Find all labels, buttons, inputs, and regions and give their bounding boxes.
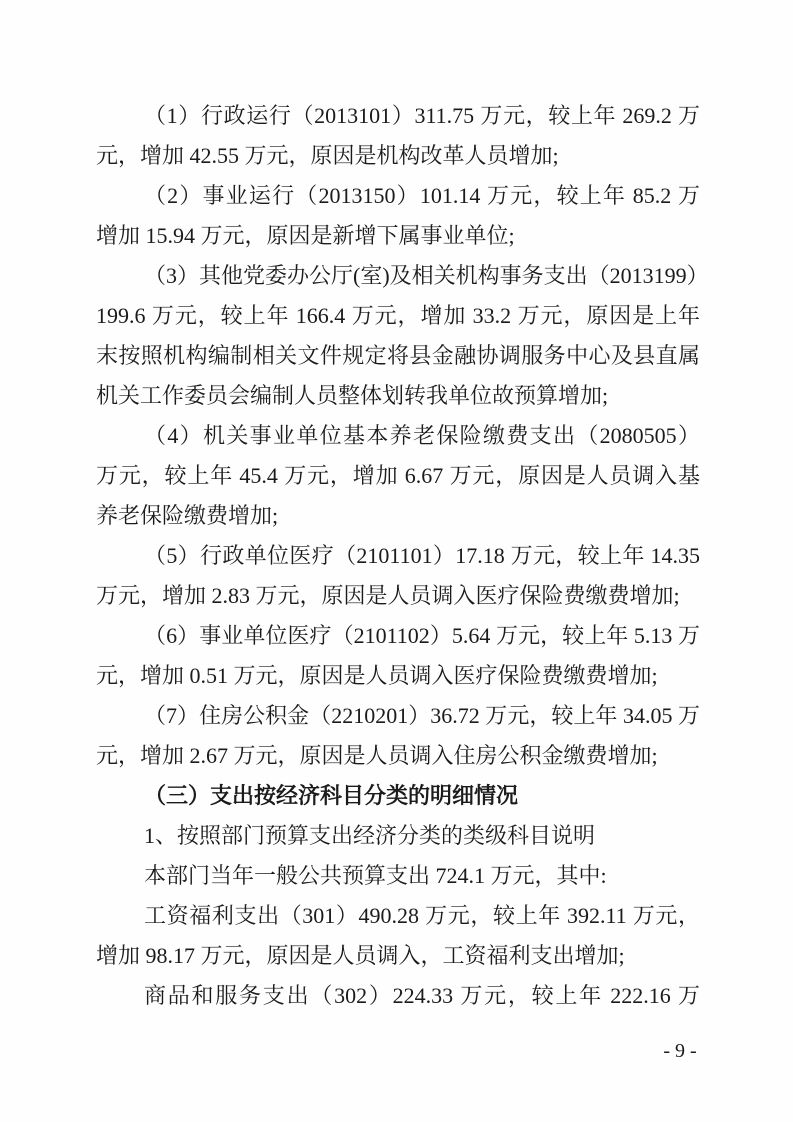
text-line: 元，增加 0.51 万元，原因是人员调入医疗保险费缴费增加; <box>96 656 700 696</box>
document-body: （1）行政运行（2013101）311.75 万元，较上年 269.2 万元，增… <box>96 96 700 1016</box>
text-line: （2）事业运行（2013150）101.14 万元，较上年 85.2 万元， <box>96 176 700 216</box>
text-line: 增加 15.94 万元，原因是新增下属事业单位; <box>96 216 700 256</box>
text-line: 元，增加 42.55 万元，原因是机构改革人员增加; <box>96 136 700 176</box>
text-line: 商品和服务支出（302）224.33 万元，较上年 222.16 万元， <box>96 976 700 1016</box>
text-line: （5）行政单位医疗（2101101）17.18 万元，较上年 14.35 <box>96 536 700 576</box>
text-line: 本部门当年一般公共预算支出 724.1 万元，其中: <box>96 856 700 896</box>
text-line: 机关工作委员会编制人员整体划转我单位故预算增加; <box>96 376 700 416</box>
text-line: 增加 98.17 万元，原因是人员调入，工资福利支出增加; <box>96 936 700 976</box>
text-line: 元，增加 2.67 万元，原因是人员调入住房公积金缴费增加; <box>96 736 700 776</box>
page-number: - 9 - <box>640 1038 720 1064</box>
text-line: （6）事业单位医疗（2101102）5.64 万元，较上年 5.13 万 <box>96 616 700 656</box>
text-line: 工资福利支出（301）490.28 万元，较上年 392.11 万元， <box>96 896 700 936</box>
text-line: （1）行政运行（2013101）311.75 万元，较上年 269.2 万 <box>96 96 700 136</box>
text-line: 199.6 万元，较上年 166.4 万元，增加 33.2 万元，原因是上年 <box>96 296 700 336</box>
text-line: （3）其他党委办公厅(室)及相关机构事务支出（2013199） <box>96 256 700 296</box>
text-line: （7）住房公积金（2210201）36.72 万元，较上年 34.05 万 <box>96 696 700 736</box>
text-line: （4）机关事业单位基本养老保险缴费支出（2080505）52.07 <box>96 416 700 456</box>
text-line: 万元，增加 2.83 万元，原因是人员调入医疗保险费缴费增加; <box>96 576 700 616</box>
text-line: 1、按照部门预算支出经济分类的类级科目说明 <box>96 816 700 856</box>
text-line: 末按照机构编制相关文件规定将县金融协调服务中心及县直属 <box>96 336 700 376</box>
text-line: 养老保险缴费增加; <box>96 496 700 536</box>
section-heading: （三）支出按经济科目分类的明细情况 <box>96 776 700 816</box>
text-line: 万元，较上年 45.4 万元，增加 6.67 万元，原因是人员调入基本 <box>96 456 700 496</box>
document-page: （1）行政运行（2013101）311.75 万元，较上年 269.2 万元，增… <box>0 0 793 1122</box>
